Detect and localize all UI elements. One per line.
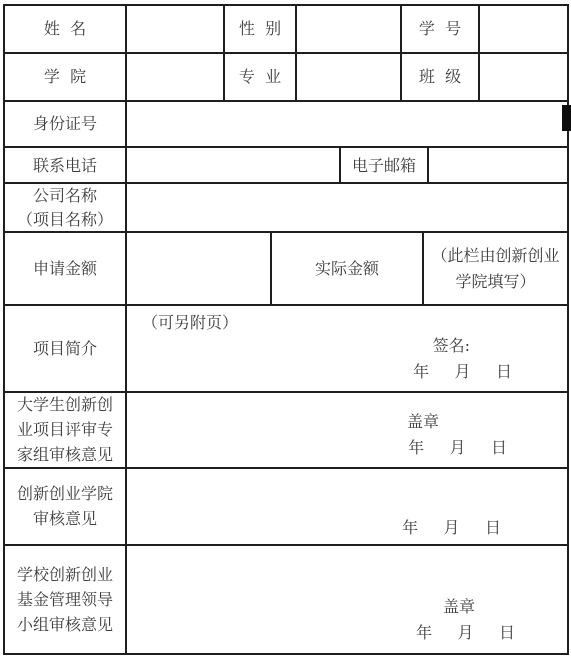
name-value-cell[interactable] <box>127 6 225 54</box>
expert-review-label-cell: 大学生创新创 业项目评审专 家组审核意见 <box>5 393 127 469</box>
actual-amount-note-line2: 学院填写） <box>455 269 535 295</box>
school-review-content-cell[interactable]: 盖章 年 月 日 <box>127 546 569 656</box>
project-intro-content-cell[interactable]: （可另附页） 签名: 年 月 日 <box>127 306 569 393</box>
table-row-school-review: 学校创新创业 基金管理领导 小组审核意见 盖章 年 月 日 <box>5 546 569 656</box>
major-value-cell[interactable] <box>297 54 402 102</box>
expert-review-seal-label: 盖章 <box>127 409 567 435</box>
class-label-cell: 班 级 <box>402 54 480 102</box>
student-no-value-cell[interactable] <box>480 6 569 54</box>
signature-date-line: 年 月 日 <box>127 359 567 392</box>
company-name-value-cell[interactable] <box>127 184 569 233</box>
scan-artifact-mark <box>562 105 571 131</box>
school-review-seal-label: 盖章 <box>127 594 567 620</box>
college-review-content-cell[interactable]: 年 月 日 <box>127 469 569 546</box>
expert-review-label-line3: 家组审核意见 <box>17 442 113 467</box>
table-row-basic-info-2: 学 院 专 业 班 级 <box>5 54 569 102</box>
student-no-label-cell: 学 号 <box>402 6 480 54</box>
school-review-label-line3: 小组审核意见 <box>17 612 113 637</box>
applied-amount-label: 申请金额 <box>33 256 97 281</box>
table-row-expert-review: 大学生创新创 业项目评审专 家组审核意见 盖章 年 月 日 <box>5 393 569 469</box>
company-name-label-cell: 公司名称 （项目名称） <box>5 184 127 233</box>
name-label: 姓 名 <box>44 16 86 41</box>
gender-value-cell[interactable] <box>297 6 402 54</box>
table-row-contact: 联系电话 电子邮箱 <box>5 148 569 184</box>
application-form-table: 姓 名 性 别 学 号 学 院 专 业 <box>3 4 569 655</box>
name-label-cell: 姓 名 <box>5 6 127 54</box>
email-value-cell[interactable] <box>429 148 569 184</box>
actual-amount-note-line1: （此栏由创新创业 <box>431 243 559 269</box>
student-no-label: 学 号 <box>419 16 461 41</box>
college-label-cell: 学 院 <box>5 54 127 102</box>
major-label-cell: 专 业 <box>225 54 297 102</box>
table-row-college-review: 创新创业学院 审核意见 年 月 日 <box>5 469 569 546</box>
phone-label: 联系电话 <box>33 153 97 178</box>
school-review-label-cell: 学校创新创业 基金管理领导 小组审核意见 <box>5 546 127 656</box>
school-review-date-line: 年 月 日 <box>127 620 567 646</box>
class-value-cell[interactable] <box>480 54 569 102</box>
email-label: 电子邮箱 <box>352 153 416 178</box>
table-row-project-intro: 项目简介 （可另附页） 签名: 年 月 日 <box>5 306 569 393</box>
email-label-cell: 电子邮箱 <box>341 148 429 184</box>
id-number-label-cell: 身份证号 <box>5 102 127 149</box>
college-value-cell[interactable] <box>127 54 225 102</box>
school-review-label-line2: 基金管理领导 <box>17 587 113 612</box>
expert-review-date-line: 年 月 日 <box>127 435 567 467</box>
college-review-label-line1: 创新创业学院 <box>17 481 113 506</box>
college-label: 学 院 <box>44 64 86 89</box>
table-row-basic-info-1: 姓 名 性 别 学 号 <box>5 6 569 54</box>
table-row-company-name: 公司名称 （项目名称） <box>5 184 569 233</box>
college-review-label-cell: 创新创业学院 审核意见 <box>5 469 127 546</box>
applied-amount-label-cell: 申请金额 <box>5 233 127 306</box>
gender-label: 性 别 <box>239 16 281 41</box>
attach-page-note: （可另附页） <box>127 306 567 333</box>
actual-amount-label-cell: 实际金额 <box>272 233 424 306</box>
company-name-label-line2: （项目名称） <box>17 208 113 232</box>
expert-review-content-cell[interactable]: 盖章 年 月 日 <box>127 393 569 469</box>
applied-amount-value-cell[interactable] <box>127 233 272 306</box>
gender-label-cell: 性 别 <box>225 6 297 54</box>
actual-amount-note-cell: （此栏由创新创业 学院填写） <box>424 233 569 306</box>
project-intro-label: 项目简介 <box>33 336 97 361</box>
company-name-label-line1: 公司名称 <box>33 184 97 208</box>
phone-value-cell[interactable] <box>127 148 341 184</box>
school-review-label-line1: 学校创新创业 <box>17 562 113 587</box>
project-intro-label-cell: 项目简介 <box>5 306 127 393</box>
signature-label: 签名: <box>127 333 567 359</box>
major-label: 专 业 <box>239 64 281 89</box>
class-label: 班 级 <box>419 64 461 89</box>
expert-review-label-line2: 业项目评审专 <box>17 417 113 442</box>
expert-review-label-line1: 大学生创新创 <box>17 393 113 418</box>
table-row-id-number: 身份证号 <box>5 102 569 149</box>
college-review-label-line2: 审核意见 <box>33 506 97 531</box>
phone-label-cell: 联系电话 <box>5 148 127 184</box>
college-review-date-line: 年 月 日 <box>127 515 567 544</box>
actual-amount-label: 实际金额 <box>315 256 379 281</box>
table-row-amounts: 申请金额 实际金额 （此栏由创新创业 学院填写） <box>5 233 569 306</box>
id-number-value-cell[interactable] <box>127 102 569 149</box>
id-number-label: 身份证号 <box>33 111 97 136</box>
